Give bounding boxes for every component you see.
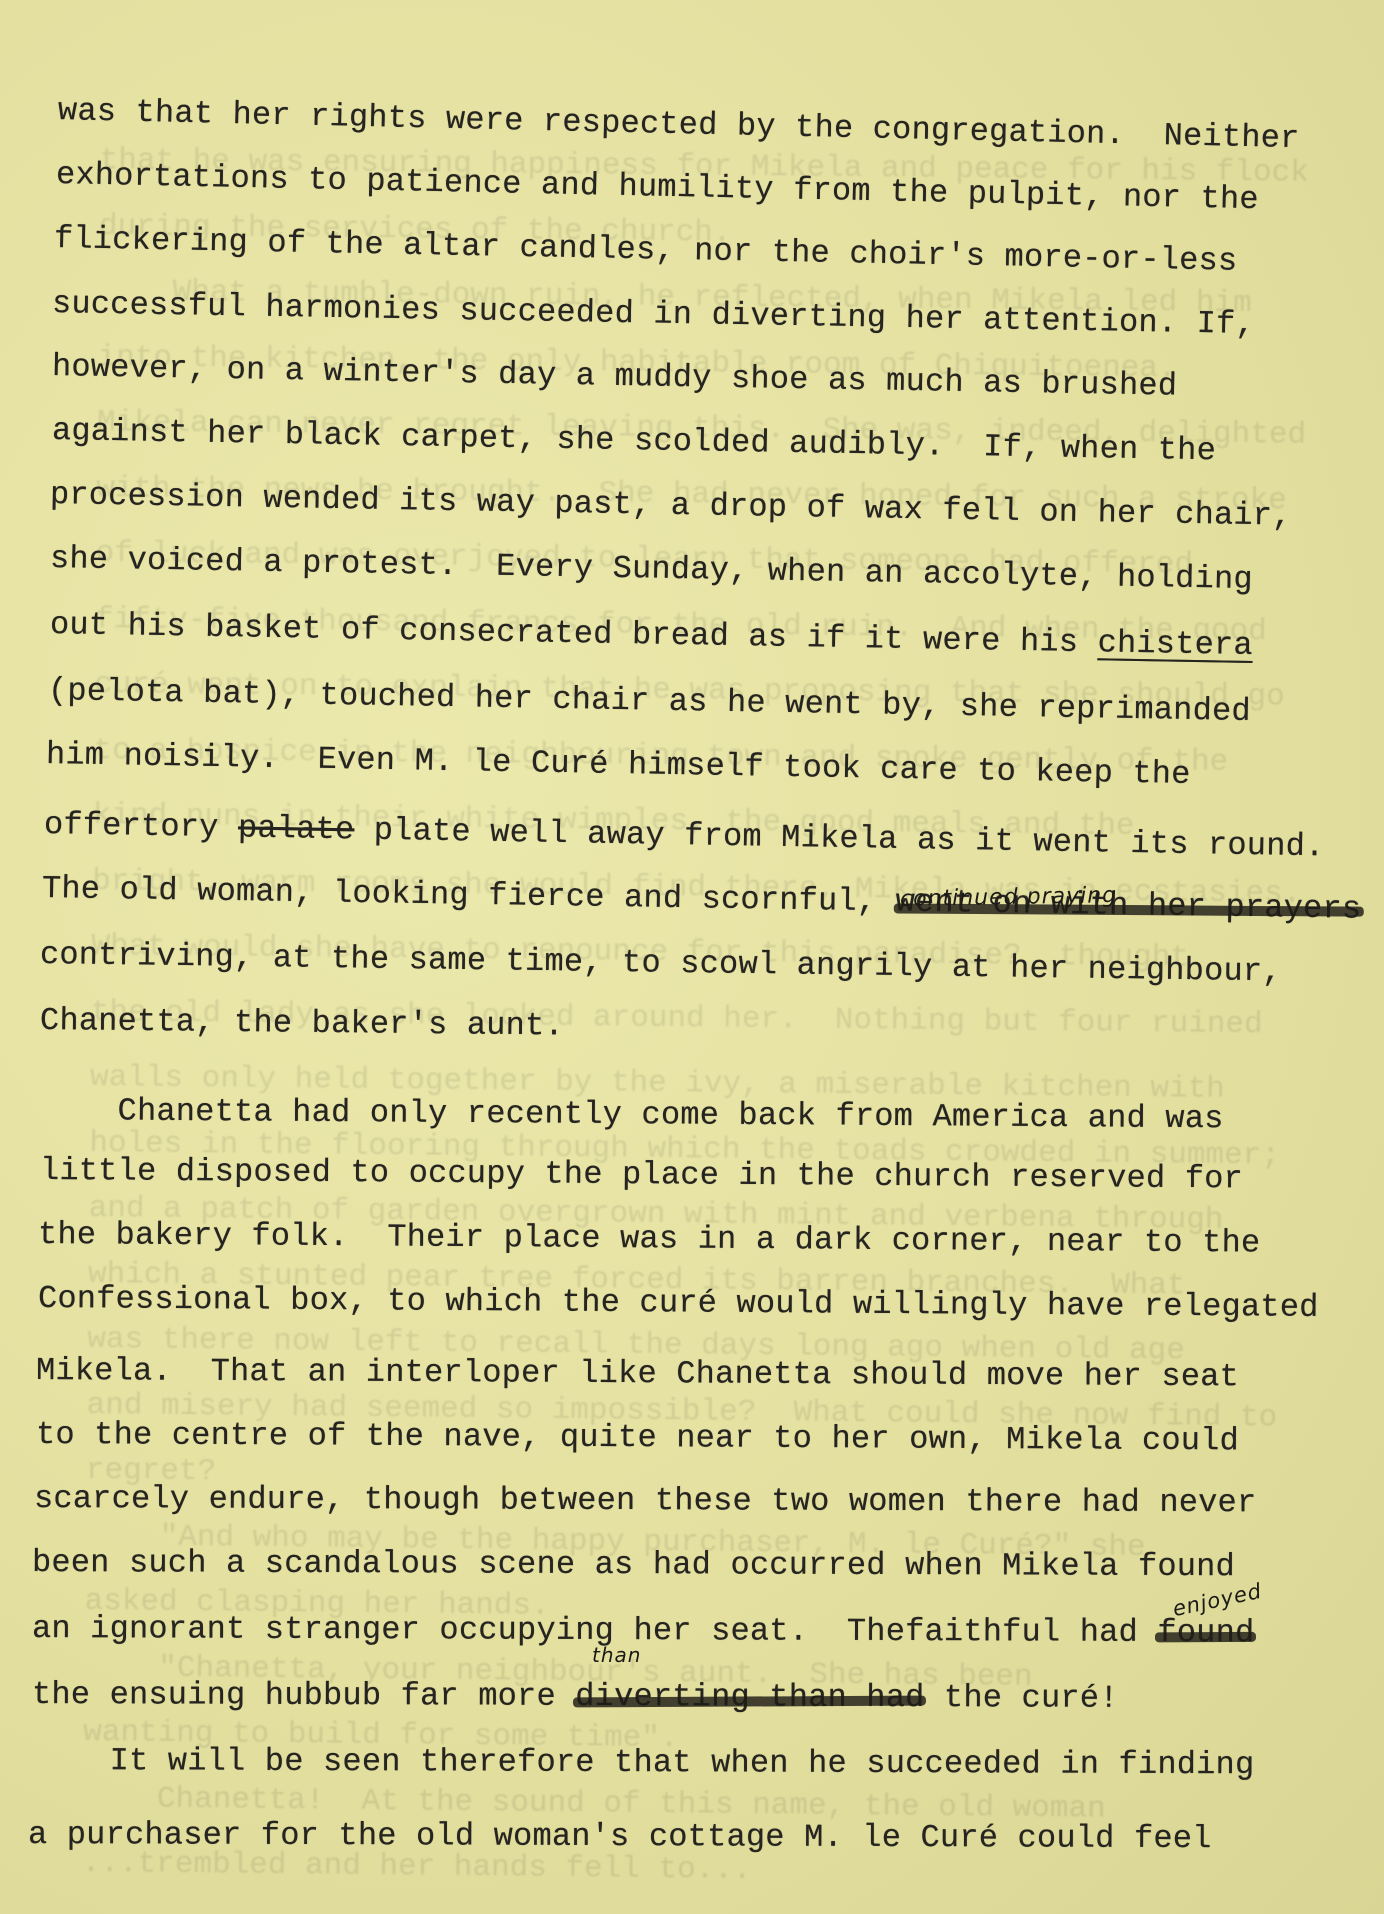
text-line: Confessional box, to which the curé woul…	[38, 1280, 1319, 1326]
handwritten-than: than	[592, 1643, 641, 1667]
text-line: to the centre of the nave, quite near to…	[36, 1416, 1239, 1459]
document-page: that he was ensuring happiness for Mikel…	[0, 0, 1384, 1914]
text-line: procession wended its way past, a drop o…	[50, 476, 1292, 535]
text-line: contriving, at the same time, to scowl a…	[40, 936, 1282, 990]
text-line: however, on a winter's day a muddy shoe …	[52, 348, 1178, 405]
text-line: against her black carpet, she scolded au…	[52, 412, 1217, 469]
text-line: Chanetta had only recently come back fro…	[40, 1092, 1224, 1137]
text-line: The old woman, looking fierce and scornf…	[42, 870, 1362, 928]
text-line: she voiced a protest. Every Sunday, when…	[50, 540, 1253, 598]
text-line: been such a scandalous scene as had occu…	[32, 1544, 1235, 1585]
text-line: It will be seen therefore that when he s…	[32, 1742, 1255, 1783]
text-line: the ensuing hubbub far more diverting th…	[32, 1676, 1119, 1717]
handwritten-continued-praying: continued praying	[900, 883, 1118, 912]
text-line: flickering of the altar candles, nor the…	[54, 220, 1238, 280]
text-line: him noisily. Even M. le Curé himself too…	[46, 736, 1191, 793]
text-line: Mikela. That an interloper like Chanetta…	[36, 1352, 1239, 1395]
text-line: was that her rights were respected by th…	[58, 92, 1300, 157]
text-line: offertory palate plate well away from Mi…	[44, 806, 1325, 865]
struck-phrase: diverting than had	[575, 1678, 924, 1716]
text-line: successful harmonies succeeded in divert…	[52, 285, 1255, 343]
text-line: the bakery folk. Their place was in a da…	[38, 1216, 1261, 1262]
struck-word: found	[1157, 1614, 1254, 1651]
text-line: little disposed to occupy the place in t…	[40, 1152, 1243, 1197]
struck-word: palate	[238, 809, 355, 848]
text-line: Chanetta, the baker's aunt.	[40, 1002, 564, 1044]
text-line: out his basket of consecrated bread as i…	[50, 606, 1253, 664]
text-line: scarcely endure, though between these tw…	[34, 1480, 1257, 1521]
underlined-word: chistera	[1097, 624, 1253, 664]
text-line: exhortations to patience and humility fr…	[56, 156, 1260, 218]
text-line: (pelota bat), touched her chair as he we…	[48, 672, 1251, 730]
text-line: a purchaser for the old woman's cottage …	[28, 1816, 1212, 1857]
text-line: an ignorant stranger occupying her seat.…	[32, 1610, 1255, 1651]
